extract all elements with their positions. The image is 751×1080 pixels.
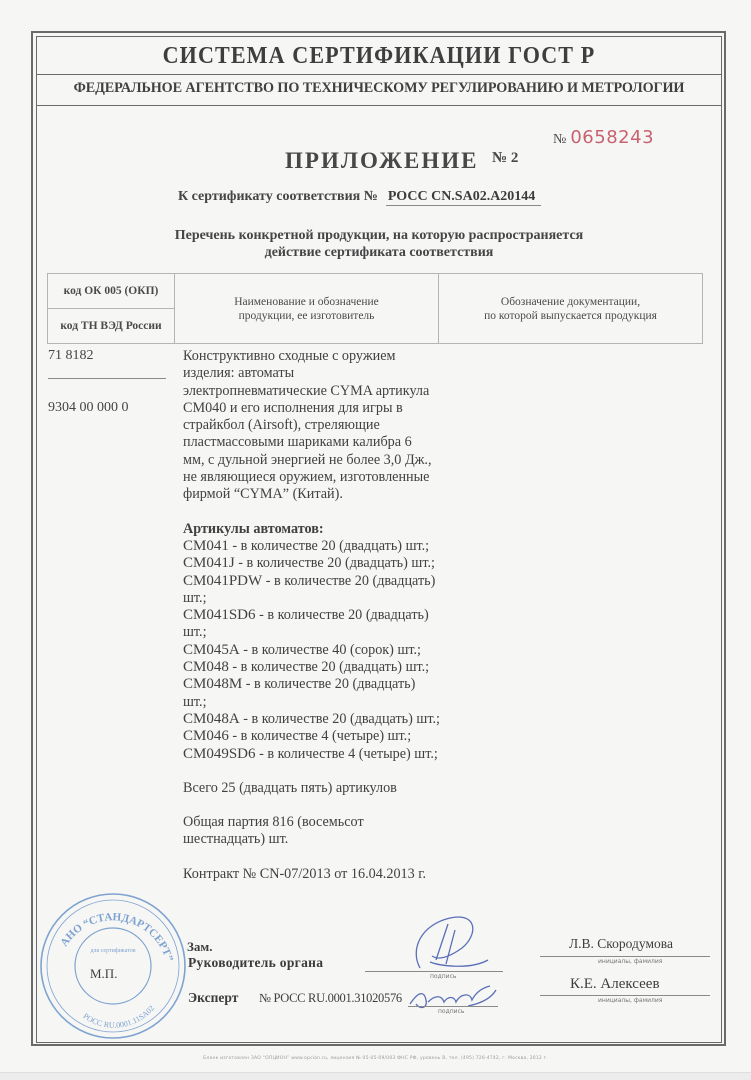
head-name: Л.В. Скородумова: [569, 936, 673, 952]
official-stamp: АНО “СТАНДАРТСЕРТ” РОСС RU.0001.11SA02 д…: [0, 0, 751, 1080]
head-signature-caption: подпись: [430, 973, 456, 980]
deputy-label: Зам.: [187, 939, 212, 955]
expert-signature-line: [408, 1006, 498, 1007]
expert-name-line: [540, 995, 710, 996]
stamp-center-text: для сертификатов: [90, 947, 135, 954]
signature-strokes: [410, 917, 496, 1007]
expert-label: Эксперт: [188, 990, 238, 1006]
stamp-place-mark: М.П.: [90, 966, 117, 982]
stamp-bottom-text: РОСС RU.0001.11SA02: [81, 1004, 156, 1030]
expert-name-caption: инициалы, фамилия: [598, 997, 662, 1004]
expert-signature-caption: подпись: [438, 1008, 464, 1015]
form-imprint: Бланк изготовлен ЗАО “ОПЦИОН” www.opcion…: [0, 1056, 751, 1061]
head-name-line: [540, 956, 710, 957]
stamp-outer-text: АНО “СТАНДАРТСЕРТ”: [58, 911, 175, 963]
head-name-caption: инициалы, фамилия: [598, 958, 662, 965]
expert-registration: № РОСС RU.0001.31020576: [259, 991, 402, 1006]
expert-name: К.Е. Алексеев: [570, 976, 660, 993]
head-signature-line: [365, 971, 503, 972]
head-of-body-label: Руководитель органа: [188, 955, 323, 971]
